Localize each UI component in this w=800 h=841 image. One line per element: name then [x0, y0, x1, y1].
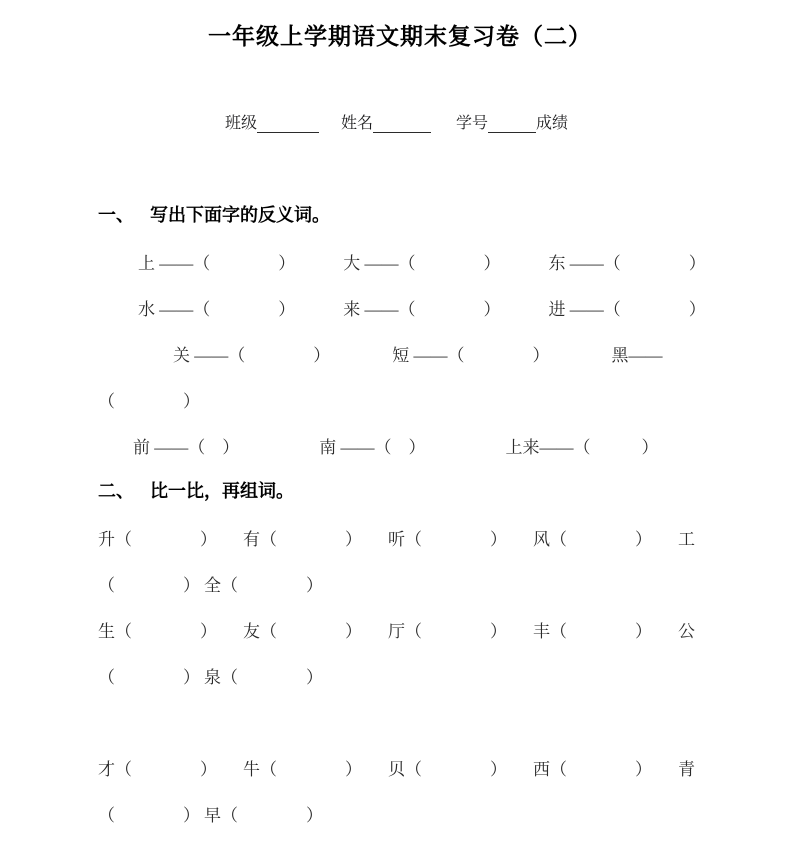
word-item: 有（ ） [243, 525, 362, 550]
word-item: 青 [678, 755, 695, 780]
class-blank-line [257, 118, 319, 133]
word-item: 早（ ） [204, 801, 323, 826]
section-two-body: 升（ ） 有（ ） 听（ ） 风（ ） 工 （ ） 全（ ） 生（ ） 友（ [98, 527, 800, 823]
word-item: （ ） [98, 801, 200, 826]
word-item: 丰（ ） [533, 617, 652, 642]
word-row-1-wrap: （ ） 全（ ） [98, 573, 800, 593]
antonym-item: 上来——（ ） [506, 433, 659, 458]
score-label: 成绩 [536, 110, 568, 133]
antonym-item: 前 ——（ ） [133, 433, 239, 458]
antonym-item: 黑—— [612, 341, 663, 366]
word-row-3-wrap: （ ） 早（ ） [98, 803, 800, 823]
antonym-item: 大 ——（ ） [343, 249, 500, 274]
antonym-item: 关 ——（ ） [173, 341, 330, 366]
page-title: 一年级上学期语文期末复习卷（二） [0, 0, 800, 51]
word-item: 生（ ） [98, 617, 217, 642]
word-item: 才（ ） [98, 755, 217, 780]
student-id-blank-line [488, 118, 536, 133]
section-one-number: 一、 [98, 201, 134, 227]
word-item: 全（ ） [204, 571, 323, 596]
antonym-row-3: 关 ——（ ） 短 ——（ ） 黑—— [98, 343, 800, 363]
antonym-item: 进 ——（ ） [549, 295, 706, 320]
antonym-item: 南 ——（ ） [319, 433, 425, 458]
word-row-2: 生（ ） 友（ ） 厅（ ） 丰（ ） 公 [98, 619, 800, 639]
antonym-row-2: 水 ——（ ） 来 ——（ ） 进 ——（ ） [98, 297, 800, 317]
word-item: 公 [678, 617, 695, 642]
class-label: 班级 [225, 110, 257, 133]
section-two-title: 比一比，再组词。 [150, 477, 294, 503]
word-item: 泉（ ） [204, 663, 323, 688]
word-item: 听（ ） [388, 525, 507, 550]
word-row-3: 才（ ） 牛（ ） 贝（ ） 西（ ） 青 [98, 757, 800, 777]
antonym-item: 水 ——（ ） [138, 295, 295, 320]
section-two-number: 二、 [98, 477, 134, 503]
word-item: 工 [678, 525, 695, 550]
section-one-heading: 一、写出下面字的反义词。 [98, 203, 800, 225]
section-two-heading: 二、比一比，再组词。 [98, 479, 800, 501]
section-one-body: 上 ——（ ） 大 ——（ ） 东 ——（ ） 水 ——（ ） 来 ——（ ） … [98, 251, 800, 455]
word-item: 贝（ ） [388, 755, 507, 780]
section-one-title: 写出下面字的反义词。 [150, 201, 330, 227]
word-item: （ ） [98, 571, 200, 596]
word-item: 牛（ ） [243, 755, 362, 780]
word-item: 厅（ ） [388, 617, 507, 642]
antonym-row-4: 前 ——（ ） 南 ——（ ） 上来——（ ） [98, 435, 800, 455]
student-info-line: 班级姓名学号成绩 [225, 113, 800, 133]
antonym-item: （ ） [98, 387, 200, 412]
word-row-2-wrap: （ ） 泉（ ） [98, 665, 800, 685]
word-item: 升（ ） [98, 525, 217, 550]
antonym-item: 来 ——（ ） [343, 295, 500, 320]
word-item: 友（ ） [243, 617, 362, 642]
antonym-row-1: 上 ——（ ） 大 ——（ ） 东 ——（ ） [98, 251, 800, 271]
antonym-item: 短 ——（ ） [392, 341, 549, 366]
word-item: 风（ ） [533, 525, 652, 550]
antonym-item: 上 ——（ ） [138, 249, 295, 274]
student-id-label: 学号 [456, 110, 488, 133]
name-label: 姓名 [341, 110, 373, 133]
name-blank-line [373, 118, 431, 133]
antonym-row-3-wrap: （ ） [98, 389, 800, 409]
word-row-1: 升（ ） 有（ ） 听（ ） 风（ ） 工 [98, 527, 800, 547]
word-item: 西（ ） [533, 755, 652, 780]
word-item: （ ） [98, 663, 200, 688]
antonym-item: 东 ——（ ） [549, 249, 706, 274]
